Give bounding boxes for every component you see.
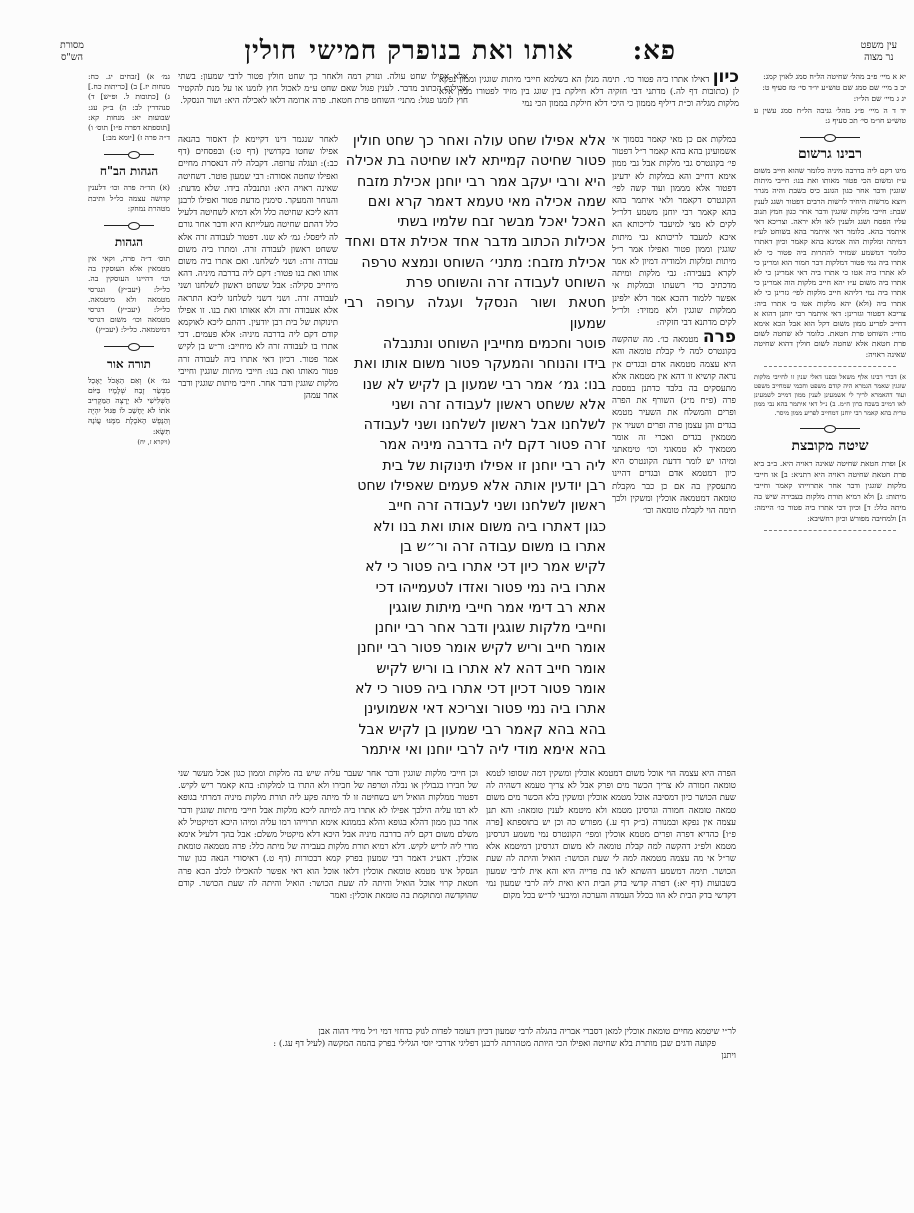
rabbeinu-gershom-title: רבינו גרשום [754, 145, 906, 163]
ner-mitzvah-label: נר מצוה [861, 52, 897, 64]
gemara-line: אלא ששחט ראשון לעבודה זרה ושני [344, 395, 606, 415]
gemara-line: אומר פטור דכיון דכי אתרו ביה פטור כי לא [344, 679, 606, 699]
gemara-line: זרה פטור דקם ליה בדרבה מיניה אמר [344, 435, 606, 455]
torah-or-ref: (ויקרא ז, יח) [88, 437, 170, 447]
tractate-name: חולין [244, 36, 297, 66]
ein-mishpat-entry: יב ב מיי׳ שם סמג שם טוש״ע יו״ד סי׳ טז סע… [754, 83, 906, 93]
left-margin: גמ׳ א) [זבחים יג. כח: מנחות יז.] ב) [כרי… [88, 72, 170, 712]
hagahot-text: תוס׳ ד״ה פרה, וקאי אין מטמאין אלא העוסקי… [88, 254, 170, 336]
hagahot-title: הגהות [88, 233, 170, 251]
ornament-divider [754, 132, 906, 142]
rashi-bottom: וכן חייבי מלקות שוגגין ודבר אחר שעבר עלי… [178, 768, 478, 1026]
gemara-line: אלא אפילו שחט עולה ואחר כך שחט חולין [344, 131, 606, 151]
tosafot-bottom-text: הפרה היא עצמה הוי אוכל משום דמטמא אוכלין… [486, 768, 736, 902]
masoret-hashas-header: מסורת הש"ס [60, 40, 84, 64]
ein-mishpat-label: עין משפט [861, 40, 897, 52]
gemara-line: פוטר וחכמים מחייבין השוחט ונתנבלה [344, 334, 606, 354]
ein-mishpat-header: עין משפט נר מצוה [861, 40, 897, 64]
tosafot-side: במלקות אם כן מאי קאמר בסמוך אי אשמועינן … [612, 134, 736, 754]
gemara-line: היא ורבי יעקב אמר רבי יוחנן אכילת מזבח [344, 172, 606, 192]
gemara-line: בנו: גמ׳ אמר רבי שמעון בן לקיש לא שנו [344, 375, 606, 395]
gemara-line: פטור שחיטה קמייתא לאו שחיטה בת אכילה [344, 151, 606, 171]
tosafot-heading-word: כיון [713, 71, 739, 87]
gemara-line: בידו והנוחר והמעקר פטור משום אותו ואת [344, 354, 606, 374]
gemara-line: וחייבי מלקות שוגגין ודבר אחר רבי יוחנן [344, 618, 606, 638]
rashi-bottom-text: וכן חייבי מלקות שוגגין ודבר אחר שעבר עלי… [178, 768, 478, 902]
tosafot-top: כיון דאילו אתרו ביה פטור כו׳. תימה מנלן … [439, 71, 739, 133]
rashi-side: לאחר שנגמר דינו דקיימא לן דאסור בהנאה אפ… [178, 134, 338, 754]
tosafot-side-text: במלקות אם כן מאי קאמר בסמוך אי אשמועינן … [612, 134, 736, 329]
chapter-number: פרק חמישי [309, 36, 431, 66]
gemara-line: אתרו בו משום עבודה זרה ור״ש בן [344, 537, 606, 557]
hagahot-habach-text: (א) תד״ה פרה וכו׳ דלענין קדושה עצמה כל״ל… [88, 183, 170, 214]
gemara-line: אכילת מזבח: מתני׳ השוחט ונמצא טרפה [344, 253, 606, 273]
rabbeinu-gershom-text: מיגו דקם ליה בדרבה מיניה כלומר שהוא חייב… [754, 166, 906, 360]
torah-or-text: גמ׳ א) וְאִם הֵאָכֹל יֵאָכֵל מִבְּשַׂר ז… [88, 376, 170, 437]
gemara-line: בהא אימא מודי ליה לרבי יוחנן ואי איתמר [344, 740, 606, 755]
ein-mishpat-entry: יא א מיי׳ פ״ב מהל׳ שחיטה הל״ח סמג לאוין … [754, 72, 906, 82]
gemara-line: ראשון לשלחנו ושני לעבודה זרה חייב [344, 496, 606, 516]
shita-mekubetzet-text: א] ופרת חטאת שחיטה שאינה ראויה היא. ב״ב … [754, 458, 906, 524]
folio-number: פא: [633, 36, 676, 66]
ornament-divider [754, 424, 906, 434]
rashi-top-text: אלא אפילו שחט עולה. ונזרק דמה ולאחר כך ש… [178, 72, 468, 106]
gemara-line: אתא רב דימי אמר חייבי מיתות שוגגין [344, 598, 606, 618]
ein-mishpat-entry: יד ד ה מיי׳ פ״ג מהל׳ גניבה הל״ח סמג עשין… [754, 106, 906, 126]
gemara-line: לקיש אמר כיון דכי אתרו ביה פטור כי לא [344, 557, 606, 577]
gemara-main-text: אלא אפילו שחט עולה ואחר כך שחט חולין פטו… [344, 131, 606, 755]
ornament-divider [88, 342, 170, 352]
gemara-line: כגון דאתרו ביה משום אותו ואת בנו ולא [344, 517, 606, 537]
chapter-name: אותו ואת בנו [431, 36, 574, 66]
tosafot-final-line: לר״י שיטמא מחיים טומאת אוכלין למאן דסברי… [178, 1026, 736, 1038]
ein-mishpat-note: א) דברי רבינו אלף משאל ובפנו דאלי שנין ז… [754, 373, 906, 418]
hagahot-habach-title: הגהות הב"ח [88, 162, 170, 180]
right-margin: יא א מיי׳ פ״ב מהל׳ שחיטה הל״ח סמג לאוין … [754, 72, 906, 1072]
rashi-top: אלא אפילו שחט עולה. ונזרק דמה ולאחר כך ש… [178, 71, 468, 133]
gemara-line: רבן יודעין אותה אלא פעמים שאפילו שחט [344, 476, 606, 496]
masoret-hashas-text: גמ׳ א) [זבחים יג. כח: מנחות יז.] ב) [כרי… [88, 72, 170, 143]
hashas-label: הש"ס [60, 52, 84, 64]
gemara-line: האכל יאכל מבשר זבח שלמיו בשתי [344, 212, 606, 232]
tosafot-para-heading: פרה [703, 327, 736, 347]
ein-mishpat-entry: יג ג מיי׳ שם הל״ו: [754, 94, 906, 104]
tosafot-final: לר״י שיטמא מחיים טומאת אוכלין למאן דסברי… [178, 1026, 736, 1066]
gemara-line: אתרו ביה נמי פטור ואזדו לטעמייהו דכי [344, 578, 606, 598]
tosafot-final-line: פקועה ודגים שבן מותרת בלא שחיטה ואפילו ה… [178, 1038, 736, 1050]
gemara-line: שמה אכילה מאי טעמא דאמר קרא ואם [344, 192, 606, 212]
gemara-line: חטאת ושור הנסקל ועגלה ערופה רבי שמעון [344, 293, 606, 334]
gemara-line: ליה רבי יוחנן זו אפילו תינוקות של בית [344, 456, 606, 476]
gemara-line: אתרו ביה נמי פטור וצריכא דאי אשמועינן [344, 699, 606, 719]
dashed-divider [764, 366, 896, 367]
tosafot-bottom: הפרה היא עצמה הוי אוכל משום דמטמא אוכלין… [486, 768, 736, 1026]
gemara-line: אומר חייב וריש לקיש אומר פטור רבי יוחנן [344, 638, 606, 658]
masoret-label: מסורת [60, 40, 84, 52]
tosafot-final-line: ויתנן [178, 1050, 736, 1062]
rashi-side-text: לאחר שנגמר דינו דקיימא לן דאסור בהנאה אפ… [178, 134, 338, 402]
tosafot-para-text: מטמאה כו׳. מה שהקשה בקונטרס למה לי קבלת … [612, 335, 736, 516]
shita-mekubetzet-title: שיטה מקובצת [754, 437, 906, 455]
dashed-divider [764, 530, 896, 531]
torah-or-title: תורה אור [88, 355, 170, 373]
tosafot-top-text: דאילו אתרו ביה פטור כו׳. תימה מנלן הא בש… [439, 75, 739, 109]
gemara-line: אכילות הכתוב מדבר אחד אכילת אדם ואחד [344, 232, 606, 252]
ornament-divider [88, 149, 170, 159]
ornament-divider [88, 220, 170, 230]
gemara-line: לשלחנו אבל ראשון לשלחנו ושני לעבודה [344, 415, 606, 435]
gemara-line: השוחט לעבודה זרה והשוחט פרת [344, 273, 606, 293]
gemara-line: אומר חייב דהא לא אתרו בו וריש לקיש [344, 659, 606, 679]
gemara-line: בהא בהא קאמר רבי שמעון בן לקיש אבל [344, 720, 606, 740]
ein-mishpat-entries: יא א מיי׳ פ״ב מהל׳ שחיטה הל״ח סמג לאוין … [754, 72, 906, 126]
